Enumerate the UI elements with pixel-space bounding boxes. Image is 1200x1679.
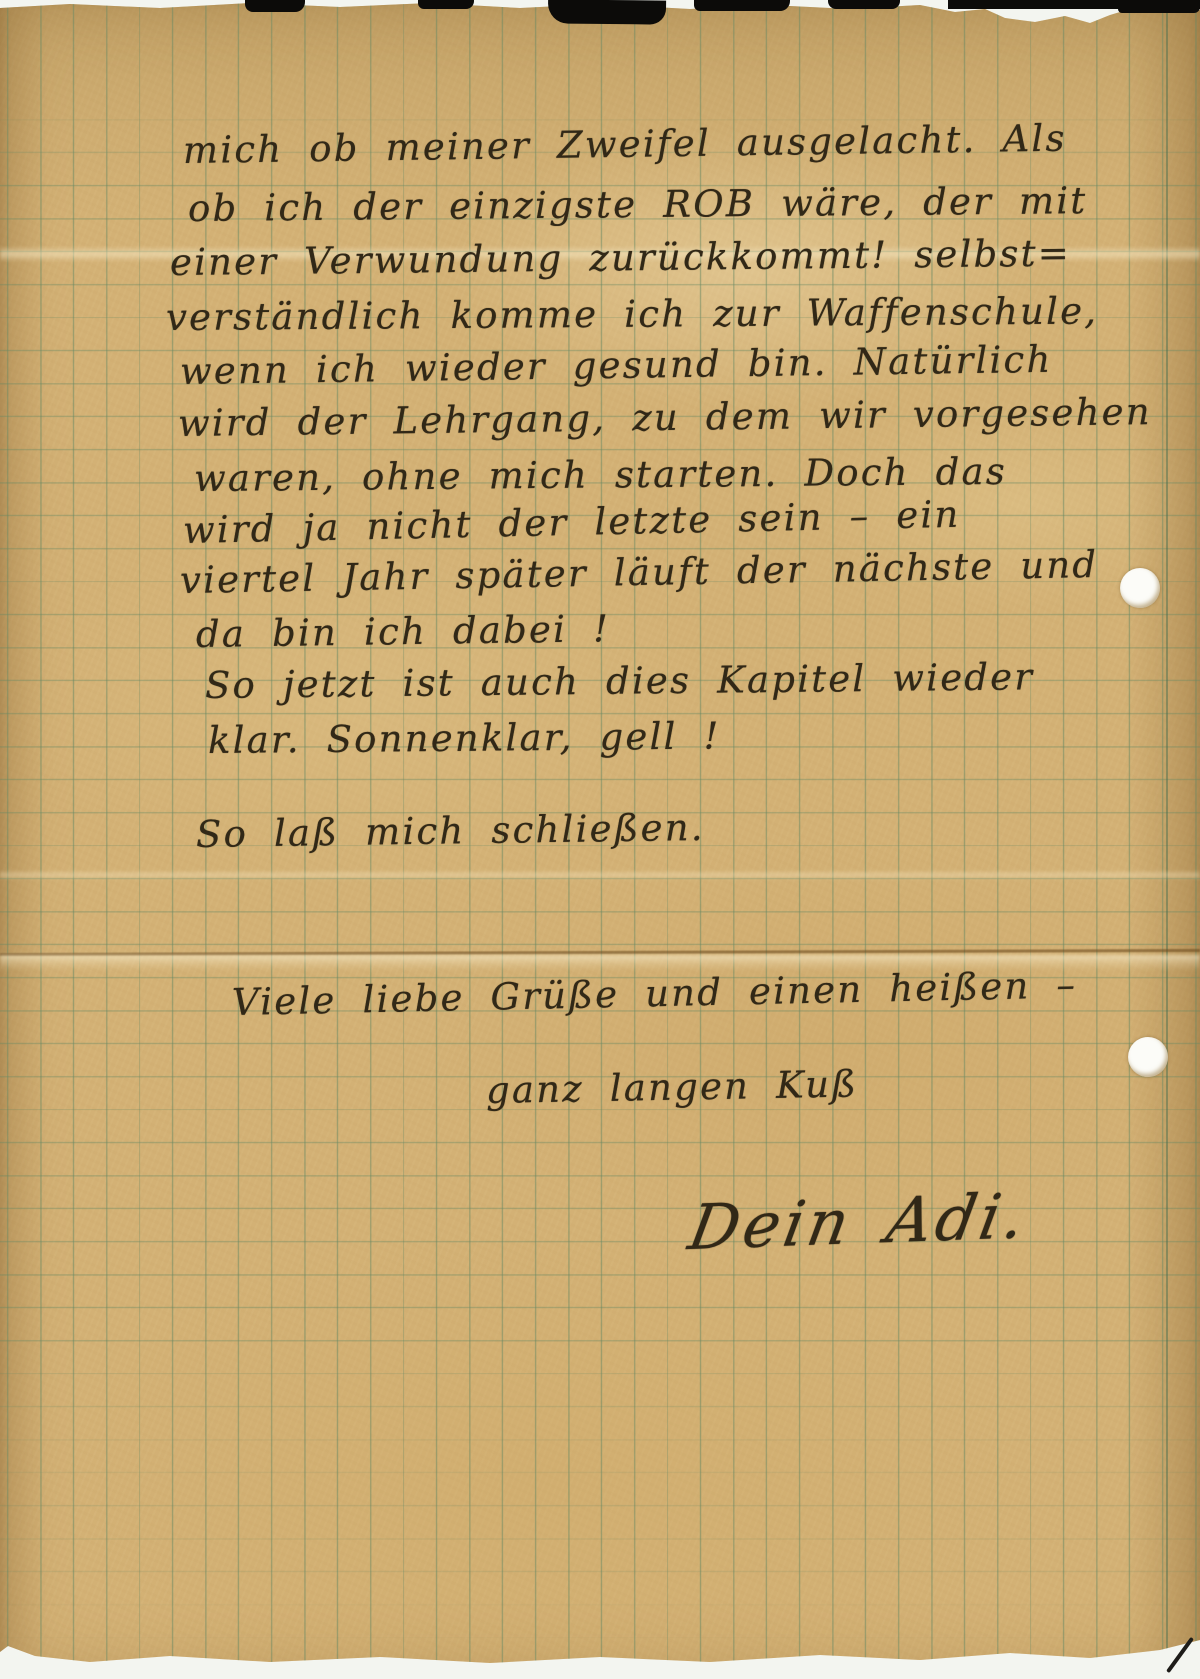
scanner-edge-mark (418, 0, 474, 9)
handwriting-closing-line-2: ganz langen Kuß (486, 1062, 859, 1114)
handwriting-line-13: So laß mich schließen. (196, 805, 705, 858)
handwriting-line-11: So jetzt ist auch dies Kapitel wieder (205, 654, 1035, 709)
handwriting-line-12: klar. Sonnenklar, gell ! (208, 714, 721, 764)
signature: Dein Adi. (686, 1193, 1032, 1251)
scanner-edge-mark (548, 0, 666, 25)
handwriting-line-4: verständlich komme ich zur Waffenschule, (166, 288, 1098, 341)
handwriting-line-3: einer Verwundung zurückkommt! selbst= (170, 231, 1071, 286)
punch-hole-top (1120, 568, 1160, 608)
aged-paper-sheet: mich ob meiner Zweifel ausgelacht. Als o… (0, 0, 1200, 1679)
crease-middle-faint (0, 870, 1200, 880)
handwriting-line-2: ob ich der einzigste ROB wäre, der mit (188, 178, 1088, 232)
scanner-edge-mark (245, 0, 305, 12)
scanner-edge-mark (828, 0, 900, 9)
scanned-letter-page: mich ob meiner Zweifel ausgelacht. Als o… (0, 0, 1200, 1679)
punch-hole-bottom (1128, 1037, 1168, 1077)
scanner-edge-mark (1118, 0, 1200, 13)
scanner-edge-mark (694, 0, 790, 11)
handwriting-line-10: da bin ich dabei ! (196, 606, 611, 658)
